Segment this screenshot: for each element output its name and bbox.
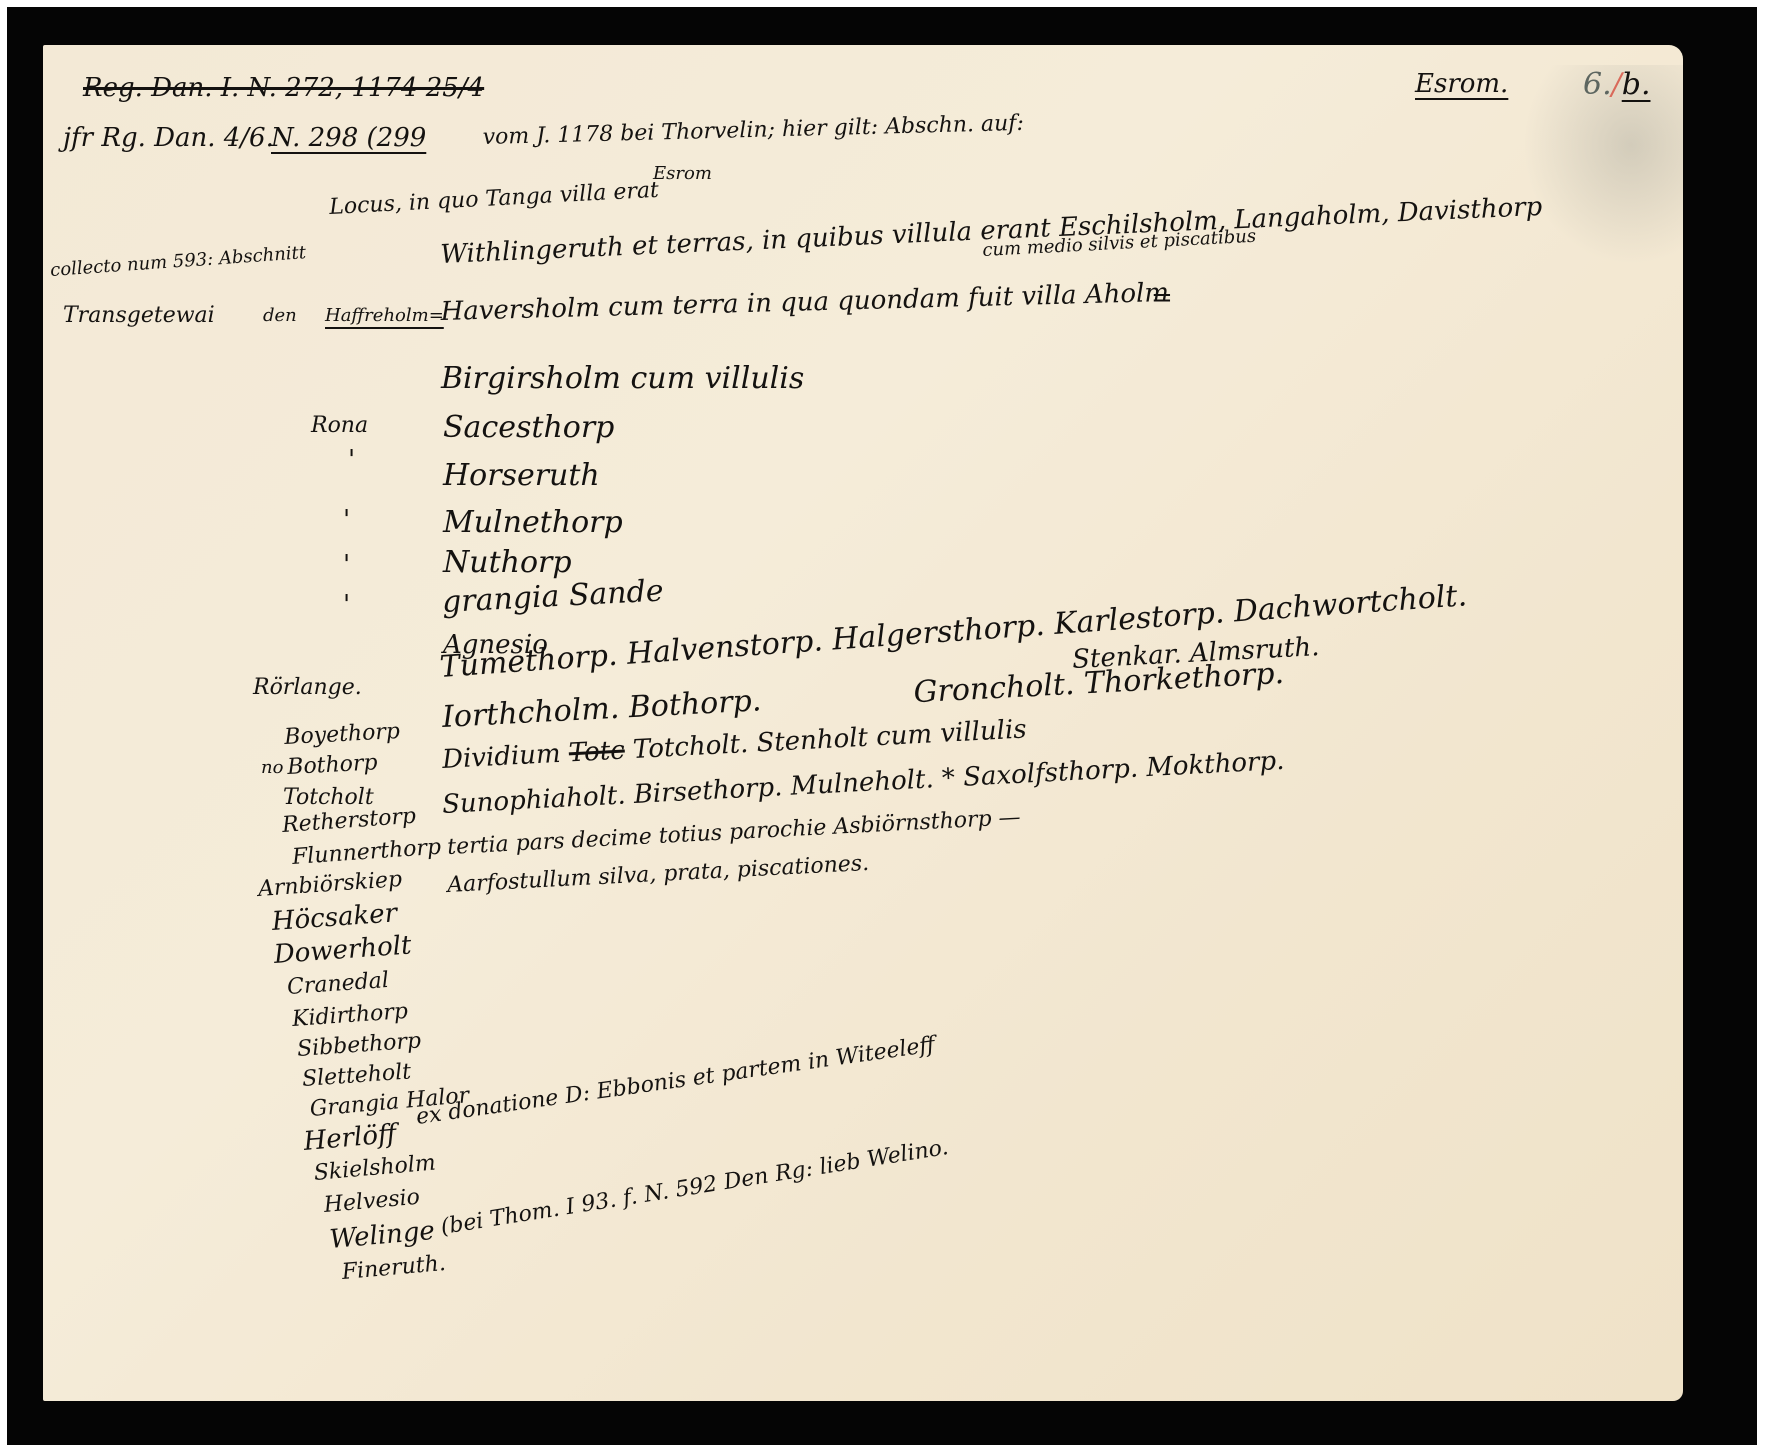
- place-sunophiaholt: Sunophiaholt.: [441, 780, 626, 820]
- margin-collecto: collecto num 593: Abschnitt: [50, 242, 307, 281]
- left-item-hocsaker: Höcsaker: [271, 898, 398, 937]
- reference-rest: vom J. 1178 bei Thorvelin; hier gilt: Ab…: [482, 111, 1024, 150]
- ditto-mark: ': [343, 590, 350, 620]
- left-item-sibbethorp: Sibbethorp: [296, 1028, 422, 1062]
- page-number: 6./b.: [1583, 67, 1650, 102]
- body-line-aarfostullum: Aarfostullum silva, prata, piscationes.: [447, 851, 870, 898]
- reference-number: N. 298 (299: [271, 123, 426, 153]
- body-line-mulnethorp: Mulnethorp: [443, 505, 623, 540]
- left-item-cranedal: Cranedal: [286, 968, 389, 1000]
- body-line-sacesthorp: Sacesthorp: [443, 410, 614, 445]
- body-line-grangia-sande: grangia Sande: [441, 573, 664, 620]
- place-groncholt: Groncholt.: [913, 667, 1076, 710]
- struck-reference: Reg. Dan. I. N. 272, 1174 25/4: [83, 73, 484, 103]
- body-line-haversholm: Haversholm cum terra in qua quondam fuit…: [440, 278, 1169, 327]
- left-item-flunnerthorp: Flunnerthorp: [291, 835, 442, 870]
- left-item-herloff: Herlöff: [302, 1119, 397, 1157]
- left-item-helvesio: Helvesio: [323, 1185, 421, 1218]
- place-mulneholt: Mulneholt.: [790, 764, 935, 801]
- note-donation: ex donatione D: Ebbonis et partem in Wit…: [415, 1032, 937, 1130]
- reference-prefix: jfr Rg. Dan. 4/6.: [63, 123, 274, 153]
- body-line-nuthorp: Nuthorp: [443, 545, 572, 580]
- page-number-main: 6.: [1583, 67, 1612, 102]
- left-item-totcholt: Totcholt: [283, 785, 374, 810]
- place-halgersthorp: Halgersthorp.: [831, 608, 1046, 658]
- place-stenholt: Stenholt cum villulis: [756, 714, 1028, 758]
- ditto-mark: ': [348, 445, 355, 475]
- place-mokthorp: Mokthorp.: [1145, 746, 1285, 783]
- left-column-prefix: no: [261, 757, 283, 778]
- body-line-horseruth: Horseruth: [443, 458, 600, 493]
- body-line-locus: Locus, in quo Tanga villa erat: [329, 178, 660, 220]
- margin-rona: Rona: [311, 413, 368, 438]
- place-karlestorp: Karlestorp.: [1053, 595, 1226, 642]
- margin-haffreholm: Haffreholm=: [325, 305, 444, 326]
- left-item-arnbiorskiep: Arnbiörskiep: [257, 867, 403, 902]
- place-label: Esrom.: [1415, 69, 1508, 99]
- place-saxolfsthorp: * Saxolfsthorp.: [941, 754, 1139, 794]
- place-totcholt: Totcholt.: [632, 729, 749, 765]
- esrom-subnote: Esrom: [653, 163, 712, 184]
- left-item-bothorp: Bothorp: [287, 750, 378, 780]
- left-item-welinge: Welinge: [328, 1216, 436, 1255]
- body-line-birgirsholm: Birgirsholm cum villulis: [441, 361, 804, 396]
- place-dachwortcholt: Dachwortcholt.: [1233, 578, 1468, 629]
- place-halvenstorp: Halvenstorp.: [626, 623, 824, 672]
- left-item-fineruth: Fineruth.: [341, 1251, 447, 1285]
- place-birsethorp: Birsethorp.: [633, 772, 783, 810]
- word-dividium: Dividium: [441, 739, 561, 775]
- equals-mark: =: [1151, 283, 1173, 313]
- left-item-sletteholt: Sletteholt: [301, 1059, 412, 1092]
- place-iorthcholm: Iorthcholm.: [441, 691, 620, 735]
- page-number-suffix: b.: [1622, 67, 1651, 102]
- ditto-mark: ': [343, 505, 350, 535]
- struck-word-totc: Totc: [568, 735, 625, 768]
- margin-transgetewai: Transgetewai: [63, 303, 215, 328]
- place-bothorp: Bothorp.: [628, 683, 762, 725]
- left-item-dowerholt: Dowerholt: [273, 930, 412, 970]
- left-item-kidirthorp: Kidirthorp: [291, 999, 408, 1032]
- margin-den: den: [263, 305, 297, 326]
- left-item-skielsholm: Skielsholm: [313, 1150, 437, 1186]
- left-item-boyethorp: Boyethorp: [284, 719, 401, 750]
- document-sheet: Reg. Dan. I. N. 272, 1174 25/4 jfr Rg. D…: [43, 45, 1683, 1401]
- note-reference: (bei Thom. I 93. f. N. 592 Den Rg: lieb …: [439, 1135, 950, 1240]
- ditto-mark: ': [343, 550, 350, 580]
- page-number-red-mark: /: [1612, 67, 1622, 102]
- left-item-rorlange: Rörlange.: [253, 675, 362, 700]
